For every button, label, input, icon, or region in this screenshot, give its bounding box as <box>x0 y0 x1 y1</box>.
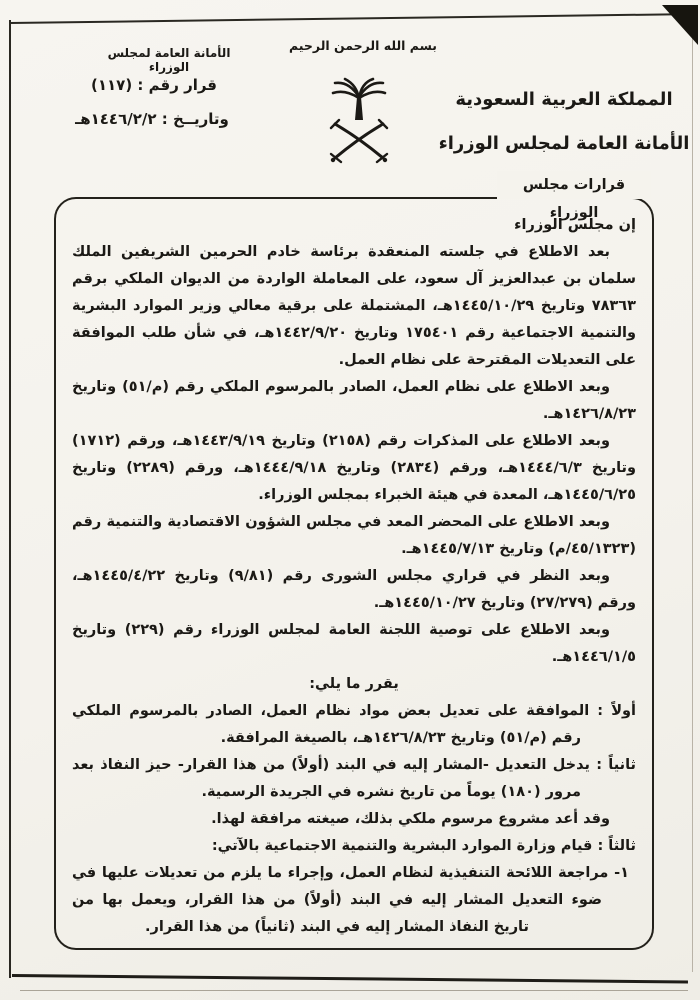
subclause-text: مراجعة اللائحة التنفيذية لنظام العمل، وإ… <box>72 865 608 935</box>
scanned-decision-page: { "document": { "header": { "stamp": "ال… <box>0 0 700 1000</box>
preamble-paragraph: وبعد الاطلاع على المذكرات رقم (٢١٥٨) وتا… <box>72 428 636 509</box>
clause-second-note: وقد أعد مشروع مرسوم ملكي بذلك، صيغته مرا… <box>72 806 636 833</box>
page-edge-shadow <box>20 990 688 991</box>
decision-number: قرار رقم : (١١٧) <box>66 76 242 94</box>
secretariat-name-calligraphy: الأمانة العامة لمجلس الوزراء <box>438 122 690 166</box>
clause-label: ثالثاً : <box>597 838 636 854</box>
preamble-paragraph: بعد الاطلاع في جلسته المنعقدة برئاسة خاد… <box>72 239 636 374</box>
kingdom-name-calligraphy: المملكة العربية السعودية <box>438 78 690 122</box>
decision-body-box: إن مجلس الوزراء بعد الاطلاع في جلسته الم… <box>54 197 654 950</box>
subclause-1: ١- مراجعة اللائحة التنفيذية لنظام العمل،… <box>72 860 636 941</box>
clause-label: أولاً : <box>597 703 636 719</box>
clause-text: قيام وزارة الموارد البشرية والتنمية الاج… <box>212 838 593 854</box>
saudi-emblem-icon <box>322 72 396 174</box>
clause-text: يدخل التعديل -المشار إليه في البند (أولا… <box>72 757 590 800</box>
clause-first: أولاً : الموافقة على تعديل بعض مواد نظام… <box>72 698 636 752</box>
preamble-paragraph: وبعد الاطلاع على نظام العمل، الصادر بالم… <box>72 374 636 428</box>
clause-second: ثانياً : يدخل التعديل -المشار إليه في ال… <box>72 752 636 806</box>
clause-text: الموافقة على تعديل بعض مواد نظام العمل، … <box>72 703 589 746</box>
preamble-paragraph: وبعد النظر في قراري مجلس الشورى رقم (٩/٨… <box>72 563 636 617</box>
decisions-banner: قرارات مجلس الوزراء <box>497 171 651 199</box>
clause-label: ثانياً : <box>596 757 636 773</box>
subclause-label: ١- <box>614 865 629 881</box>
secretariat-stamp-calligraphy: الأمانة العامة لمجلس الوزراء <box>86 46 252 74</box>
page-corner-fold <box>662 5 698 45</box>
clause-third: ثالثاً : قيام وزارة الموارد البشرية والت… <box>72 833 636 860</box>
preamble-paragraph: وبعد الاطلاع على المحضر المعد في مجلس ال… <box>72 509 636 563</box>
header-right-calligraphy: المملكة العربية السعودية الأمانة العامة … <box>438 78 690 166</box>
preamble-paragraph: وبعد الاطلاع على توصية اللجنة العامة لمج… <box>72 617 636 671</box>
decide-lead: يقرر ما يلي: <box>72 671 636 698</box>
page-frame-right <box>692 28 693 972</box>
page-frame-top <box>10 13 690 24</box>
bismillah-calligraphy: بسم الله الرحمن الرحيم <box>288 38 438 53</box>
page-frame-left <box>9 20 11 978</box>
decision-date: وتاريــخ : ١٤٤٦/٢/٢هـ <box>54 110 250 128</box>
page-frame-bottom <box>12 974 688 983</box>
